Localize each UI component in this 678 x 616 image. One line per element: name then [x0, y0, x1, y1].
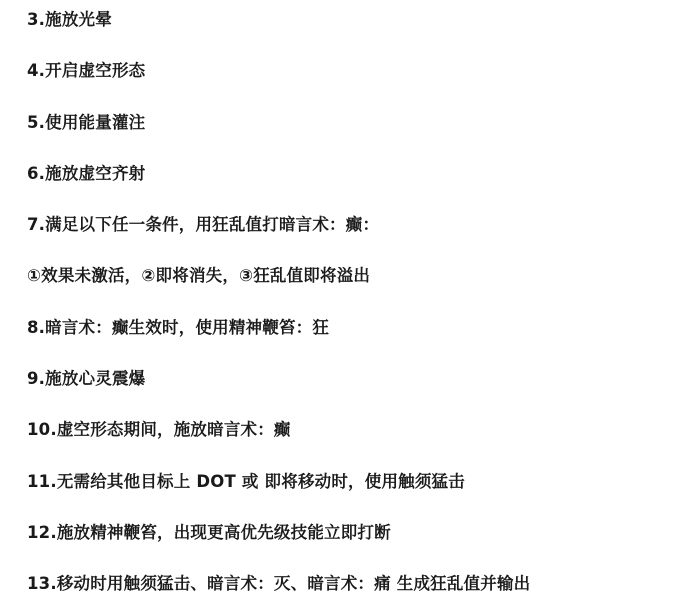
list-item-step-11: 11.无需给其他目标上 DOT 或 即将移动时，使用触须猛击 — [27, 470, 678, 521]
list-item-step-13: 13.移动时用触须猛击、暗言术：灭、暗言术：痛 生成狂乱值并输出 — [27, 572, 678, 616]
list-item-step-9: 9.施放心灵震爆 — [27, 367, 678, 418]
list-item-step-12: 12.施放精神鞭笞，出现更高优先级技能立即打断 — [27, 521, 678, 572]
list-item-step-6: 6.施放虚空齐射 — [27, 162, 678, 213]
list-item-step-7-conditions: ①效果未激活，②即将消失，③狂乱值即将溢出 — [27, 264, 678, 315]
list-item-step-3: 3.施放光晕 — [27, 8, 678, 59]
list-item-step-7: 7.满足以下任一条件，用狂乱值打暗言术：癫： — [27, 213, 678, 264]
list-item-step-10: 10.虚空形态期间，施放暗言术：癫 — [27, 418, 678, 469]
list-item-step-8: 8.暗言术：癫生效时，使用精神鞭笞：狂 — [27, 316, 678, 367]
list-item-step-5: 5.使用能量灌注 — [27, 111, 678, 162]
rotation-priority-list: 3.施放光晕 4.开启虚空形态 5.使用能量灌注 6.施放虚空齐射 7.满足以下… — [27, 8, 678, 616]
list-item-step-4: 4.开启虚空形态 — [27, 59, 678, 110]
